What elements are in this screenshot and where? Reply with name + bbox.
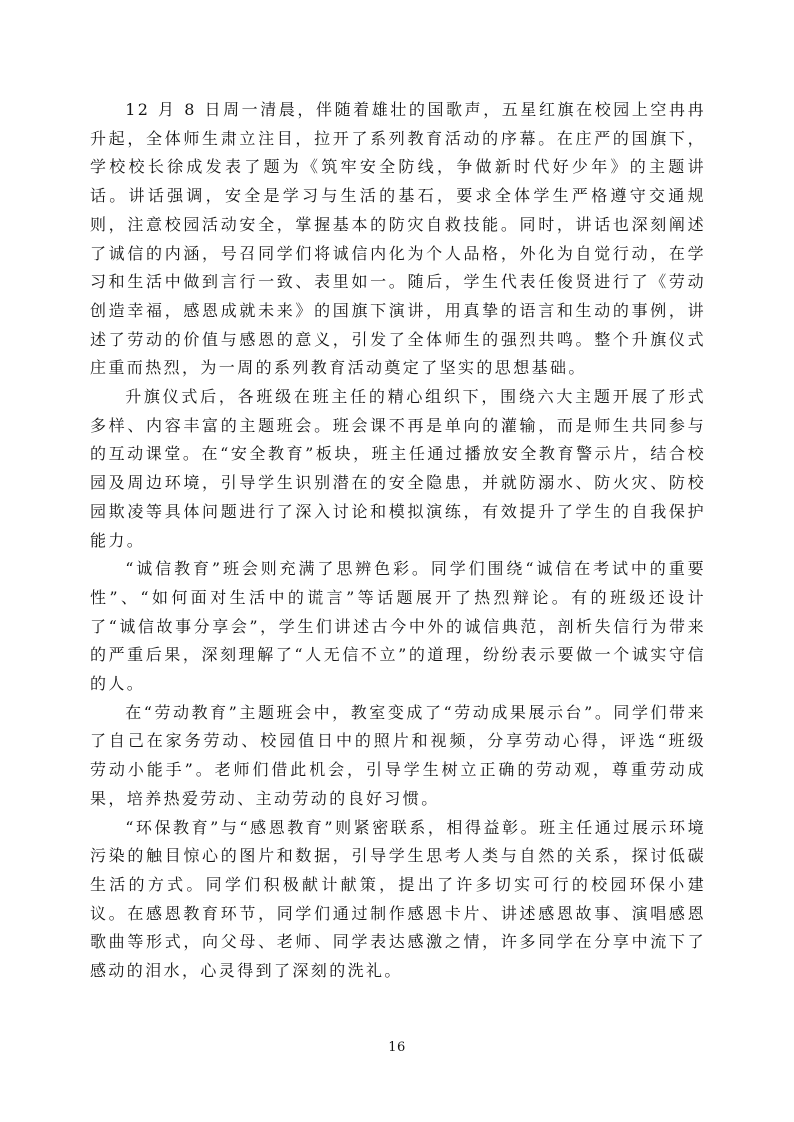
document-page: 12 月 8 日周一清晨，伴随着雄壮的国歌声，五星红旗在校园上空冉冉升起，全体师…	[0, 0, 794, 1122]
document-body: 12 月 8 日周一清晨，伴随着雄壮的国歌声，五星红旗在校园上空冉冉升起，全体师…	[90, 96, 706, 986]
page-number: 16	[388, 1040, 406, 1055]
paragraph-environment-gratitude-education: “环保教育”与“感恩教育”则紧密联系，相得益彰。班主任通过展示环境污染的触目惊心…	[90, 814, 706, 986]
paragraph-labor-education: 在“劳动教育”主题班会中，教室变成了“劳动成果展示台”。同学们带来了自己在家务劳…	[90, 699, 706, 814]
page-footer: 16	[0, 1036, 794, 1055]
paragraph-flag-raising-ceremony: 12 月 8 日周一清晨，伴随着雄壮的国歌声，五星红旗在校园上空冉冉升起，全体师…	[90, 96, 706, 383]
paragraph-theme-class-meetings: 升旗仪式后，各班级在班主任的精心组织下，围绕六大主题开展了形式多样、内容丰富的主…	[90, 383, 706, 555]
paragraph-integrity-education: “诚信教育”班会则充满了思辨色彩。同学们围绕“诚信在考试中的重要性”、“如何面对…	[90, 555, 706, 699]
